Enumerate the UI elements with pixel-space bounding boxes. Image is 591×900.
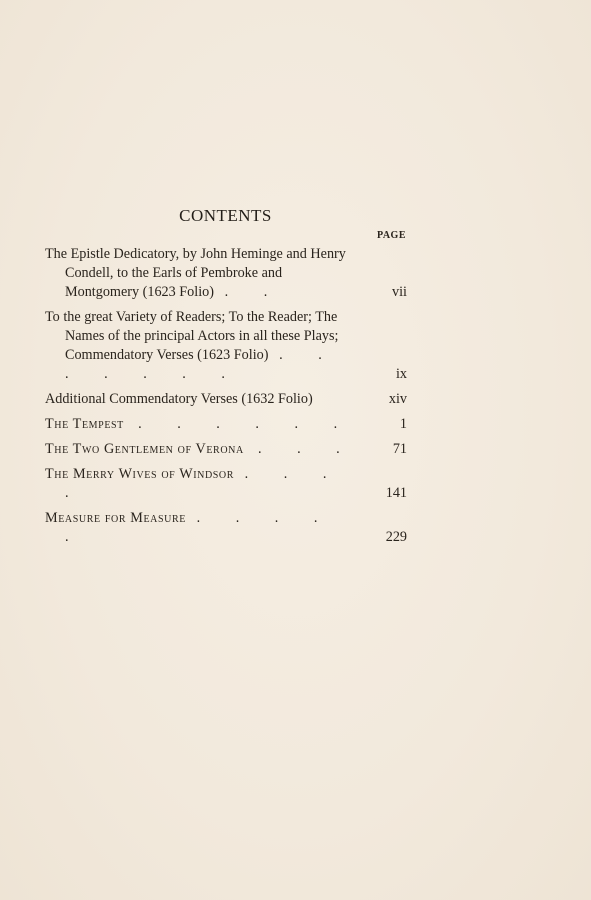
toc-entry-epistle: The Epistle Dedicatory, by John Heminge … xyxy=(45,245,407,302)
toc-entry-title: The Epistle Dedicatory, by John Heminge … xyxy=(45,246,346,300)
toc-page-number: ix xyxy=(396,365,407,384)
toc-page-number: vii xyxy=(392,283,407,302)
toc-entry-merry-wives: The Merry Wives of Windsor . . . . 141 xyxy=(45,465,407,503)
page-column-header: PAGE xyxy=(372,230,406,241)
toc-entry-additional-verses: Additional Commendatory Verses (1632 Fol… xyxy=(45,390,407,409)
toc-entry-title: The Two Gentlemen of Verona xyxy=(45,441,244,457)
toc-page-number: 71 xyxy=(393,440,407,459)
toc-page-number: 1 xyxy=(400,415,407,434)
leader-dots: . . . xyxy=(258,441,356,457)
toc-entry-title: The Tempest xyxy=(45,416,124,432)
leader-dots: . . . . . . xyxy=(138,416,353,432)
toc-entry-title: Additional Commendatory Verses (1632 Fol… xyxy=(45,391,313,407)
toc-entry-measure: Measure for Measure . . . . . 229 xyxy=(45,509,407,547)
leader-dots: . . xyxy=(225,284,284,300)
toc-entry-title: Measure for Measure xyxy=(45,510,186,526)
toc-entry-title: The Merry Wives of Windsor xyxy=(45,466,234,482)
toc-entry-readers: To the great Variety of Readers; To the … xyxy=(45,308,407,384)
table-of-contents: The Epistle Dedicatory, by John Heminge … xyxy=(45,245,407,547)
toc-entry-two-gentlemen: The Two Gentlemen of Verona . . . 71 xyxy=(45,440,407,459)
toc-page-number: 229 xyxy=(386,528,407,547)
contents-title: CONTENTS xyxy=(0,206,451,226)
toc-page-number: 141 xyxy=(386,484,407,503)
toc-entry-tempest: The Tempest . . . . . . 1 xyxy=(45,415,407,434)
book-page: CONTENTS PAGE The Epistle Dedicatory, by… xyxy=(0,0,591,900)
toc-page-number: xiv xyxy=(389,390,407,409)
